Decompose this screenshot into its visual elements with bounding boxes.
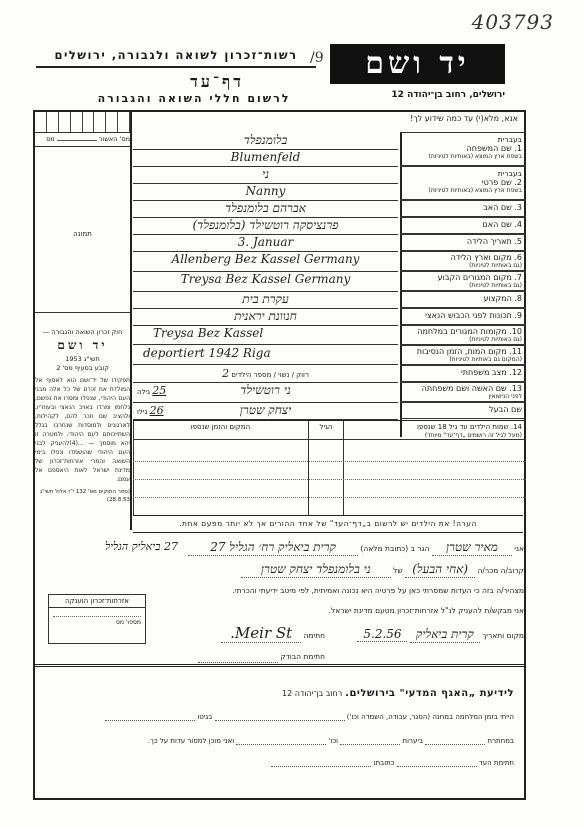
witness-address-field[interactable] (271, 758, 371, 767)
other-field[interactable] (236, 736, 326, 745)
field-label-wife-name: 13. שם האשה ושם משפחתה לפני הנישואין (400, 382, 526, 402)
husband-name-answer[interactable]: יצחק שטרן 26 גילו (133, 402, 398, 420)
field-label-residence: 7. מקום המגורים הקבוע (גם באותיות לטיניו… (400, 271, 526, 291)
camp-field[interactable] (215, 712, 345, 721)
date-value[interactable]: 5.2.56 (357, 627, 407, 642)
yad-vashem-logo: יד ושם (330, 44, 505, 84)
examiner-line: חתימת הבודק (165, 648, 325, 663)
approval-number-field[interactable]: מס' האשור מס (35, 135, 130, 147)
profession-answer[interactable]: עקרת בית (133, 291, 398, 309)
children-age-header: הגיל (311, 423, 341, 431)
field-label-father: 3. שם האב (400, 200, 526, 217)
form-subtitle: לרשום חללי השואה והגבורה (74, 92, 314, 105)
field-label-husband-name: שם הבעל (400, 402, 526, 419)
children-note: הערה! את הילדים יש לרשום ב„דף־העד" של אח… (133, 515, 523, 533)
field-label-activities: 9. תכונות לפני הכבוש הנאצי (400, 308, 526, 325)
field-label-marital-status: 12. מצב משפחתי (400, 365, 526, 382)
field-label-wartime-residence: 10. מקומות המגורים במלחמה (גם באותיות לט… (400, 325, 526, 345)
ghetto-field[interactable] (105, 712, 195, 721)
activities-answer[interactable]: חנוונת יראנית (133, 308, 398, 326)
surname-hebrew-answer[interactable]: בלומנפלד (133, 132, 398, 150)
wife-name-answer[interactable]: ני רוטשילד 25 גילה (133, 382, 398, 403)
forests-field[interactable] (340, 736, 400, 745)
form-instruction: אנא, מלא(י) עד כמה שידוע לך! (410, 114, 518, 123)
memorial-citizenship-box: אזרחות־זכרון הוענקה מספר מס (48, 594, 146, 644)
marital-status-answer[interactable]: רווק / נשוי / מספר הילדים 2 (133, 365, 398, 383)
margin-handwriting: 27 ביאליק הגליל (105, 540, 178, 553)
relation-line: קרוב/ה מכר/ה (אחי הבעל) של ני בלומנפלד י… (134, 562, 524, 578)
underground-line: במחתרת ביערות וכו' ואני מוכן למסור עדות … (74, 736, 514, 745)
photo-area-border (35, 312, 130, 313)
relative-of-value[interactable]: ני בלומנפלד יצחק שטרן (241, 562, 391, 578)
organization-name: רשות־זכרון לשואה ולגבורה, ירושלים (36, 48, 316, 68)
field-labels: בעברית 1. שם המשפחה בשפת ארץ המוצא (באות… (400, 132, 526, 419)
law-excerpt: חוק זכרון השואה והגבורה — יד ושם תשי"ג 1… (35, 328, 130, 504)
camp-line: הייתי בזמן המלחמה במחנה (הסגר, עבודה, הש… (94, 712, 514, 721)
form-title: דף־עד (190, 72, 244, 92)
field-label-death-place: 11. מקום המות, הזמן הנסיבות (המקום גם בא… (400, 345, 526, 365)
death-place-answer[interactable]: deportiert 1942 Riga (133, 345, 398, 365)
folio-mark: /9 (310, 50, 324, 66)
wartime-residence-answer[interactable]: Treysa Bez Kassel (133, 325, 398, 345)
declarant-address[interactable]: קרית ביאליק רח׳ הגליל 27 (188, 540, 358, 556)
column-divider (130, 110, 132, 530)
children-place-header: המקום והזמן שנספו (133, 423, 308, 431)
code-boxes (35, 112, 130, 133)
surname-latin-answer[interactable]: Blumenfeld (133, 149, 398, 167)
witness-signature-field[interactable] (397, 758, 477, 767)
declarant-signature[interactable]: Meir St. (221, 624, 301, 643)
field-label-surname: בעברית 1. שם המשפחה בשפת ארץ המוצא (באות… (400, 132, 526, 166)
children-table: 14. שמות הילדים עד גיל 18 שנספו (מעל לגי… (133, 420, 526, 516)
photo-label: תמונה (35, 230, 130, 238)
mother-name-answer[interactable]: פרנציסקה רוטשילד (בלומנפלד) (133, 217, 398, 235)
children-header: 14. שמות הילדים עד גיל 18 שנספו (מעל לגי… (347, 423, 522, 439)
field-label-birthplace: 6. מקום וארץ הלידה (גם באותיות לטיניות) (400, 251, 526, 271)
statement-text: מצהיר/ה בזה כי העדות שמסרתי כאן על פרטיה… (134, 586, 524, 595)
birthdate-answer[interactable]: 3. Januar (133, 234, 398, 252)
serial-number: 403793 (472, 10, 554, 34)
residence-answer[interactable]: Treysa Bez Kassel Germany (133, 271, 398, 292)
relation-value[interactable]: (אחי הבעל) (405, 562, 475, 578)
field-label-mother: 4. שם האם (400, 217, 526, 234)
underground-field[interactable] (425, 736, 485, 745)
logo-address: ירושלים, רחוב בן־יהודה 12 (330, 90, 505, 100)
scientific-dept-header: לידיעת „האגף המדעי" בירושלים. רחוב בן־יה… (282, 688, 514, 699)
father-name-answer[interactable]: אברהם בלומנפלד (133, 200, 398, 218)
firstname-latin-answer[interactable]: Nanny (133, 183, 398, 201)
firstname-hebrew-answer[interactable]: ני (133, 166, 398, 184)
place-value[interactable]: קרית ביאליק (410, 627, 480, 643)
request-text: אני מבקש/ת להעניק לנ"ל אזרחות־זכרון מטעם… (134, 606, 524, 615)
field-label-firstname: בעברית 2. שם פרטי בשפת ארץ המוצא (באותיו… (400, 166, 526, 200)
field-label-birthdate: 5. תאריך הלידה (400, 234, 526, 251)
husband-age: 26 גילו (137, 402, 164, 421)
section-divider (35, 664, 526, 667)
field-label-profession: 8. המקצוע (400, 291, 526, 308)
declarant-name[interactable]: מאיר שטרן (432, 540, 512, 556)
witness-line: חתימת העד כתובתו (94, 758, 514, 767)
examiner-signature[interactable] (198, 648, 278, 663)
declarant-line: אני מאיר שטרן הגר ב (כתובת מלאה) קרית בי… (134, 540, 524, 556)
place-date-line: מקום ותאריך קרית ביאליק 5.2.56 חתימה Mei… (134, 624, 524, 643)
birthplace-answer[interactable]: Allenberg Bez Kassel Germany (133, 251, 398, 272)
wife-age: 25 גילה (137, 382, 166, 401)
